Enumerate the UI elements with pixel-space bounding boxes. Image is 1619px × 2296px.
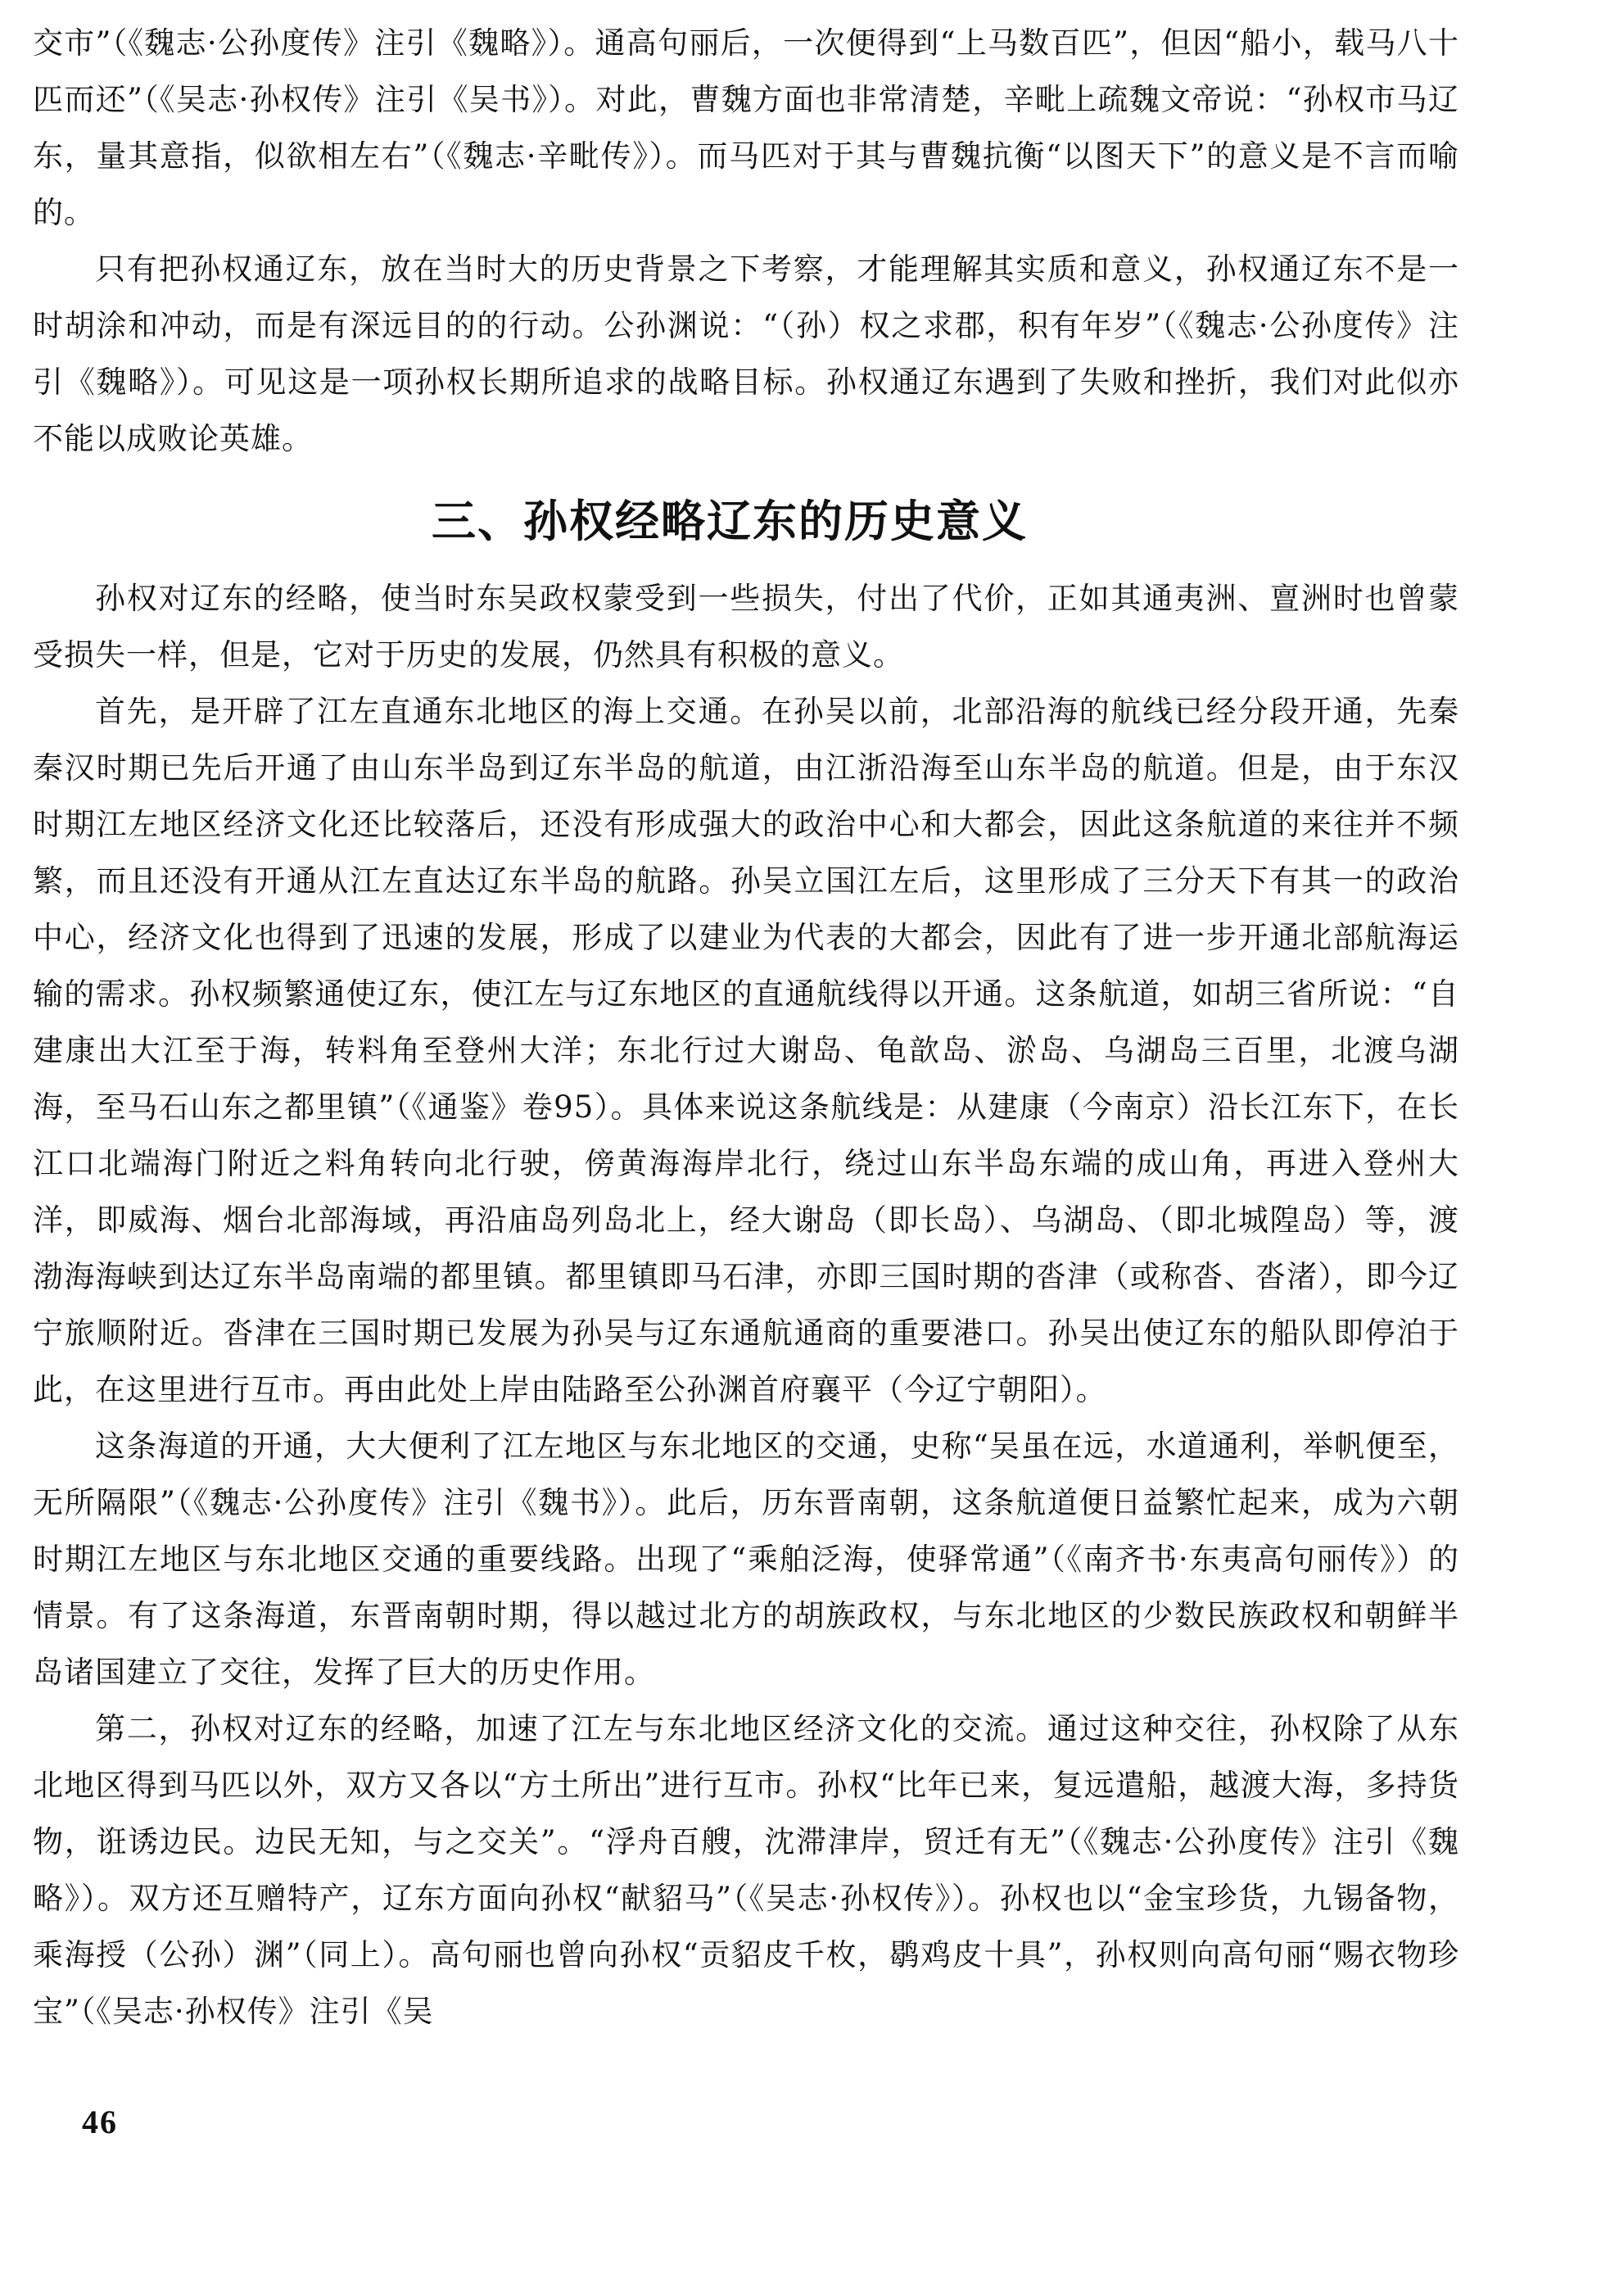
section-heading: 三、孙权经略辽东的历史意义 — [33, 485, 1459, 559]
paragraph-continuation: 交市”（《魏志·公孙度传》注引《魏略》）。通高句丽后，一次便得到“上马数百匹”，… — [33, 15, 1459, 241]
document-page: 交市”（《魏志·公孙度传》注引《魏略》）。通高句丽后，一次便得到“上马数百匹”，… — [33, 15, 1459, 2040]
paragraph-economic-exchange: 第二，孙权对辽东的经略，加速了江左与东北地区经济文化的交流。通过这种交往，孙权除… — [33, 1700, 1459, 2040]
paragraph-sunquan-strategy: 只有把孙权通辽东，放在当时大的历史背景之下考察，才能理解其实质和意义，孙权通辽东… — [33, 241, 1459, 467]
paragraph-sea-route-impact: 这条海道的开通，大大便利了江左地区与东北地区的交通，史称“吴虽在远，水道通利，举… — [33, 1418, 1459, 1700]
page-number: 46 — [82, 2103, 118, 2141]
paragraph-section-intro: 孙权对辽东的经略，使当时东吴政权蒙受到一些损失，付出了代价，正如其通夷洲、亶洲时… — [33, 570, 1459, 683]
paragraph-sea-route: 首先，是开辟了江左直通东北地区的海上交通。在孙吴以前，北部沿海的航线已经分段开通… — [33, 683, 1459, 1418]
